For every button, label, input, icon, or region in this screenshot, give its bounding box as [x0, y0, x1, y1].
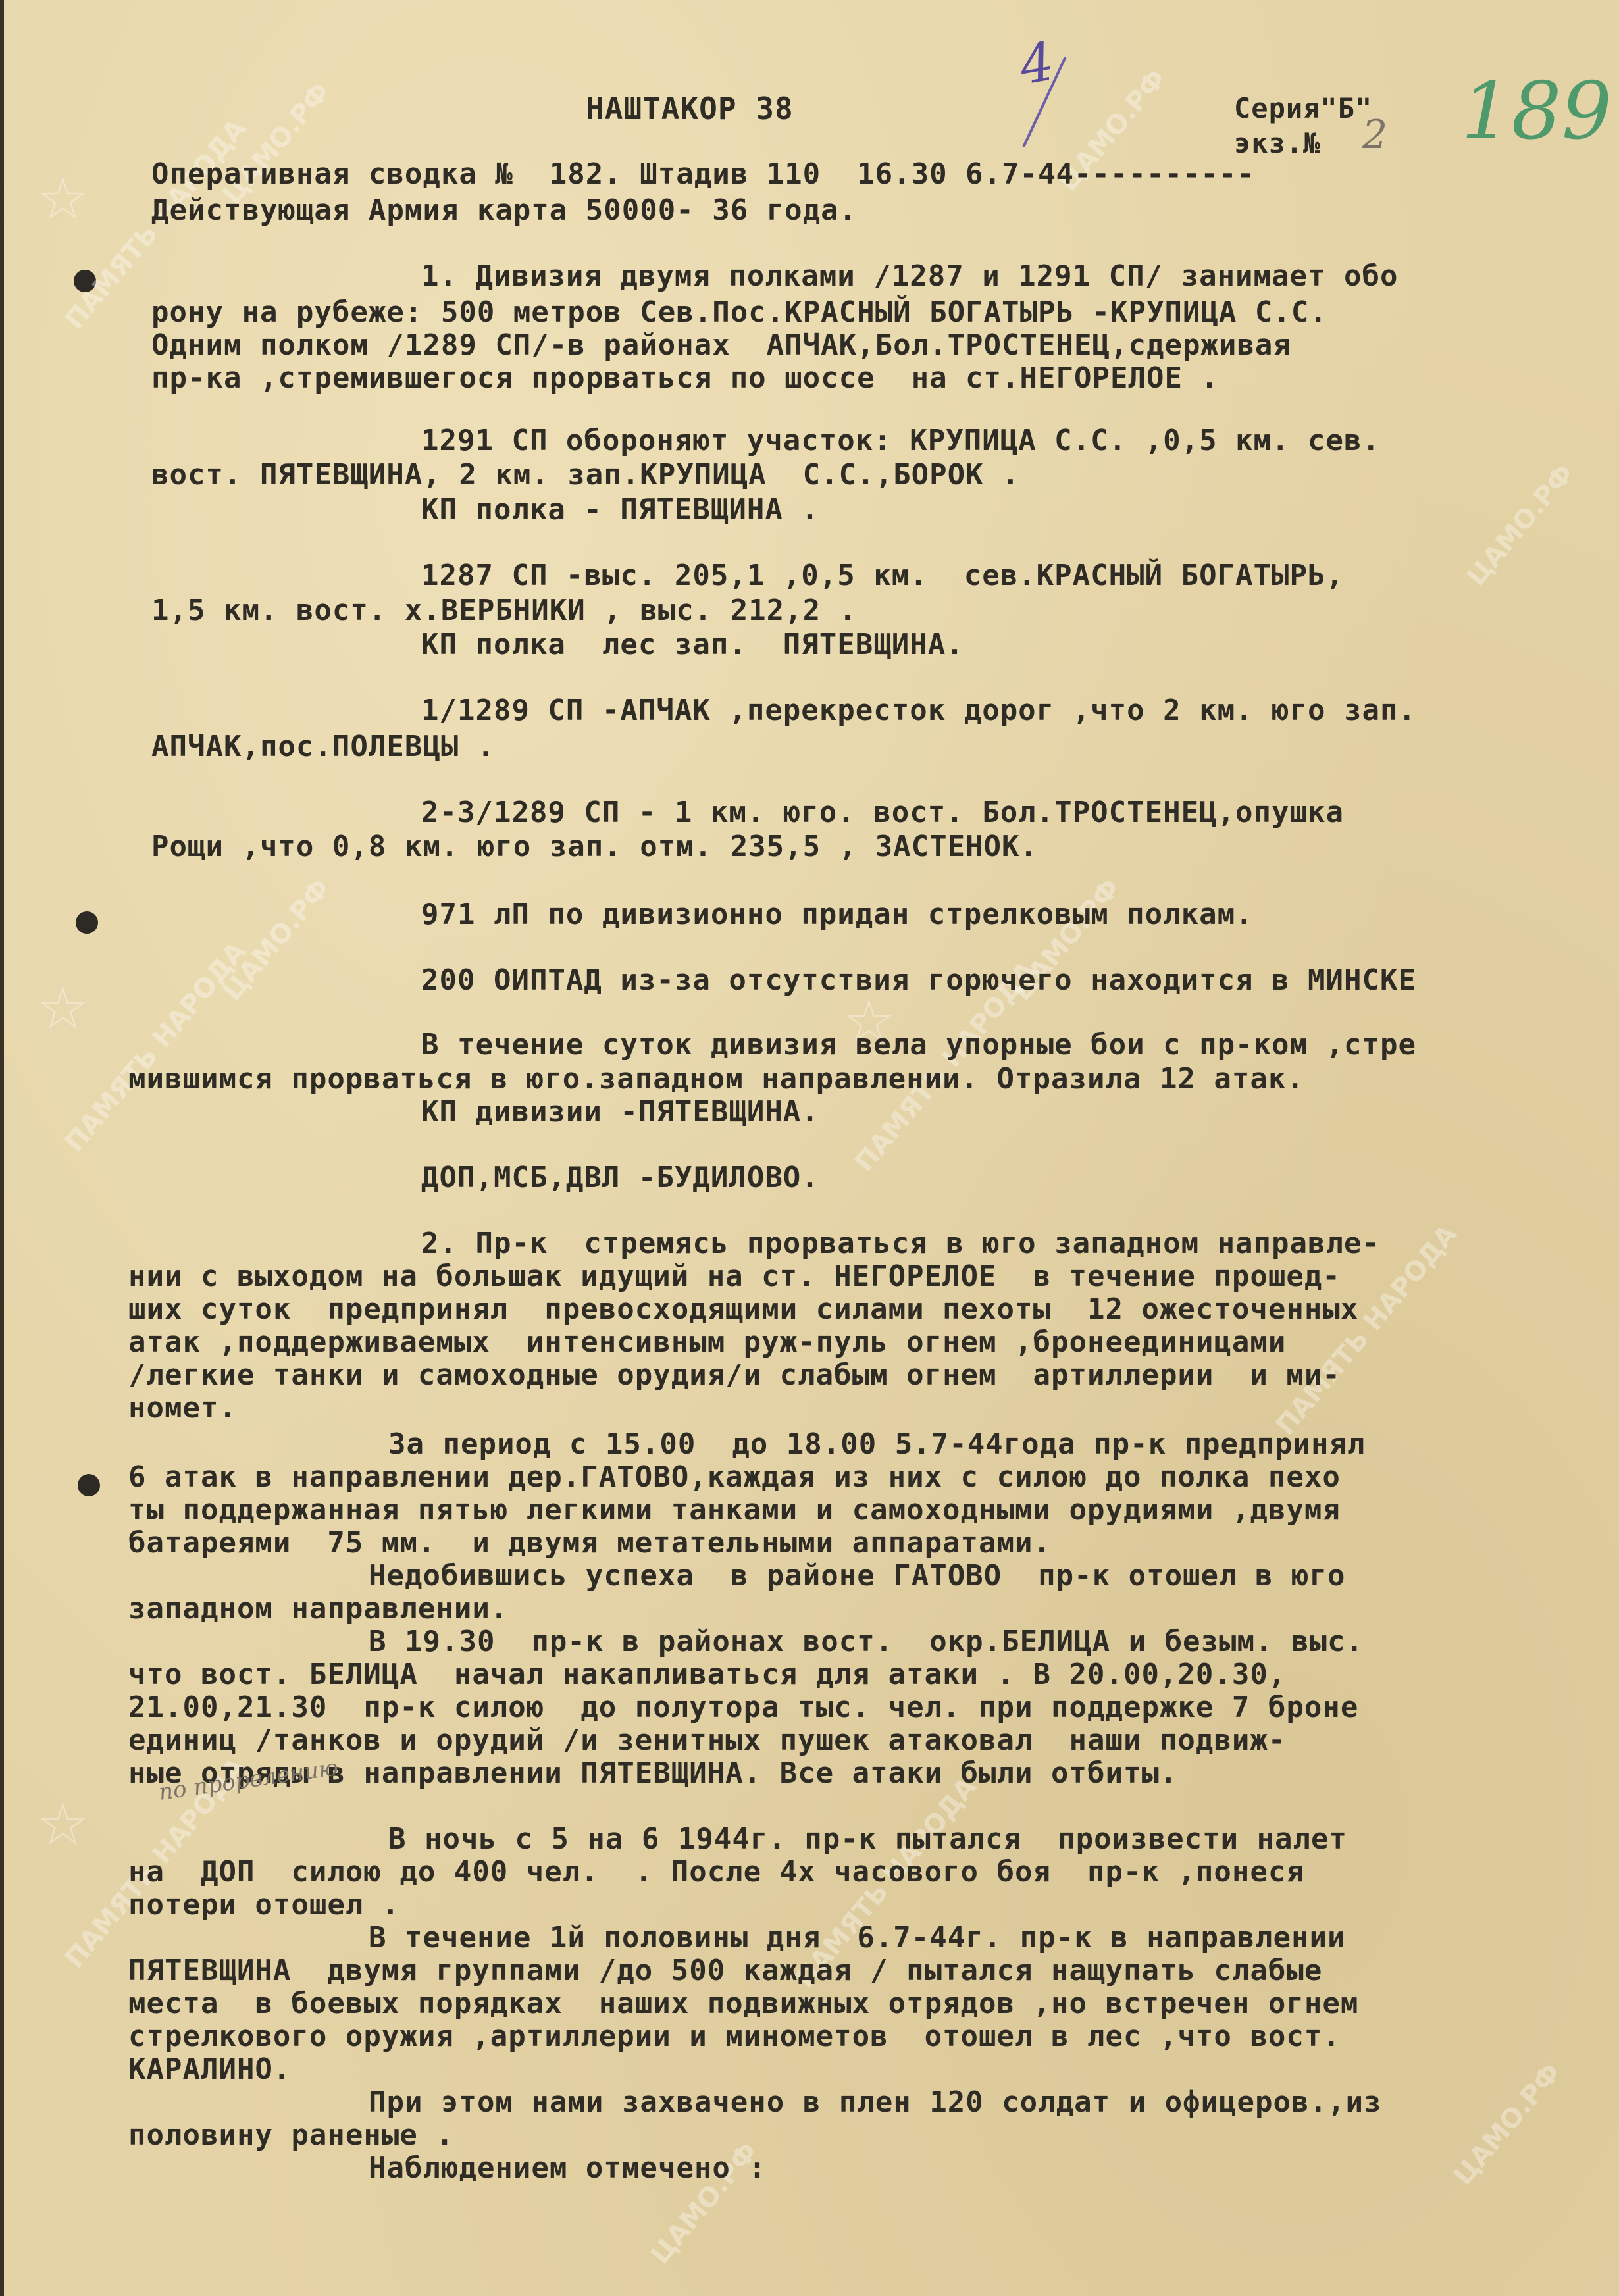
document-page: ☆ ПАМЯТЬ НАРОДА ЦАМО.РФ ЦАМО.РФ ЦАМО.РФ …: [0, 0, 1619, 2296]
text-line: 1. Дивизия двумя полками /1287 и 1291 СП…: [421, 260, 1398, 293]
text-line: места в боевых порядках наших подвижных …: [128, 1987, 1358, 2020]
text-line: В ночь с 5 на 6 1944г. пр-к пытался прои…: [388, 1823, 1347, 1856]
watermark-archive: ЦАМО.РФ: [1448, 2058, 1567, 2191]
copy-label: экз.№: [1234, 127, 1320, 160]
watermark-archive: ЦАМО.РФ: [217, 873, 336, 1007]
text-line: стрелкового оружия ,артиллерии и миномет…: [128, 2020, 1341, 2053]
star-watermark-icon: ☆: [36, 165, 90, 234]
text-line: рону на рубеже: 500 метров Сев.Пос.КРАСН…: [151, 296, 1327, 329]
text-line: ших суток предпринял превосходящими сила…: [128, 1293, 1358, 1326]
watermark-archive: ЦАМО.РФ: [1461, 459, 1580, 592]
text-line: Действующая Армия карта 50000- 36 года.: [151, 194, 857, 227]
text-line: КАРАЛИНО.: [128, 2053, 291, 2086]
text-line: на ДОП силою до 400 чел. . После 4х часо…: [128, 1856, 1304, 1889]
text-line: 971 лП по дивизионно придан стрелковым п…: [421, 898, 1254, 931]
archive-page-number: 189: [1461, 66, 1612, 157]
text-line: ДОП,МСБ,ДВЛ -БУДИЛОВО.: [421, 1161, 819, 1194]
text-line: 1287 СП -выс. 205,1 ,0,5 км. сев.КРАСНЫЙ…: [421, 559, 1344, 592]
text-line: 2. Пр-к стремясь прорваться в юго западн…: [421, 1227, 1380, 1260]
text-line: При этом нами захвачено в плен 120 солда…: [369, 2086, 1381, 2119]
text-line: ты поддержанная пятью легкими танками и …: [128, 1494, 1341, 1527]
punch-hole: [78, 1474, 100, 1496]
text-line: потери отошел .: [128, 1889, 399, 1922]
copy-number-handwritten: 2: [1362, 112, 1387, 158]
text-line: ПЯТЕВЩИНА двумя группами /до 500 каждая …: [128, 1954, 1322, 1987]
text-line: /легкие танки и самоходные орудия/и слаб…: [128, 1359, 1341, 1392]
text-line: 1/1289 СП -АПЧАК ,перекресток дорог ,что…: [421, 694, 1416, 727]
text-line: западном направлении.: [128, 1593, 508, 1625]
text-line: 1291 СП обороняют участок: КРУПИЦА С.С. …: [421, 424, 1380, 457]
text-line: мившимся прорваться в юго.западном напра…: [128, 1063, 1304, 1096]
text-line: Оперативная сводка № 182. Штадив 110 16.…: [151, 158, 1255, 191]
text-line: Наблюдением отмечено :: [369, 2152, 767, 2185]
text-line: За период с 15.00 до 18.00 5.7-44года пр…: [388, 1428, 1365, 1461]
text-line: номет.: [128, 1392, 237, 1425]
text-line: АПЧАК,пос.ПОЛЕВЦЫ .: [151, 730, 495, 763]
text-line: что вост. БЕЛИЦА начал накапливаться для…: [128, 1658, 1286, 1691]
text-line: батареями 75 мм. и двумя метательными ап…: [128, 1527, 1051, 1560]
star-watermark-icon: ☆: [36, 1790, 90, 1859]
punch-hole: [76, 911, 98, 934]
text-line: 2-3/1289 СП - 1 км. юго. вост. Бол.ТРОСТ…: [421, 796, 1344, 829]
text-line: КП полка лес зап. ПЯТЕВЩИНА.: [421, 628, 964, 661]
text-line: вост. ПЯТЕВЩИНА, 2 км. зап.КРУПИЦА С.С.,…: [151, 459, 1020, 492]
text-line: Рощи ,что 0,8 км. юго зап. отм. 235,5 , …: [151, 830, 1038, 863]
text-line: 6 атак в направлении дер.ГАТОВО,каждая и…: [128, 1461, 1341, 1494]
text-line: 21.00,21.30 пр-к силою до полутора тыс. …: [128, 1691, 1358, 1724]
series-label: Серия"Б": [1234, 92, 1372, 125]
text-line: 1,5 км. вост. х.ВЕРБНИКИ , выс. 212,2 .: [151, 594, 857, 627]
star-watermark-icon: ☆: [36, 974, 90, 1043]
text-line: нии с выходом на большак идущий на ст. Н…: [128, 1260, 1341, 1293]
watermark-project: ПАМЯТЬ НАРОДА: [59, 936, 252, 1158]
text-line: КП полка - ПЯТЕВЩИНА .: [421, 494, 819, 526]
text-line: 200 ОИПТАД из-за отсутствия горючего нах…: [421, 964, 1416, 997]
text-line: КП дивизии -ПЯТЕВЩИНА.: [421, 1096, 819, 1129]
document-title: НАШТАКОР 38: [586, 92, 794, 125]
text-line: В течение суток дивизия вела упорные бои…: [421, 1029, 1416, 1061]
text-line: Одним полком /1289 СП/-в районах АПЧАК,Б…: [151, 329, 1291, 362]
scan-edge: [0, 0, 4, 2296]
text-line: единиц /танков и орудий /и зенитных пуше…: [128, 1724, 1286, 1757]
text-line: В 19.30 пр-к в районах вост. окр.БЕЛИЦА …: [369, 1625, 1364, 1658]
text-line: половину раненые .: [128, 2119, 454, 2152]
text-line: атак ,поддерживаемых интенсивным руж-пул…: [128, 1326, 1286, 1359]
text-line: Недобившись успеха в районе ГАТОВО пр-к …: [369, 1560, 1345, 1593]
text-line: В течение 1й половины дня 6.7-44г. пр-к …: [369, 1922, 1345, 1954]
text-line: пр-ка ,стремившегося прорваться по шоссе…: [151, 362, 1219, 395]
